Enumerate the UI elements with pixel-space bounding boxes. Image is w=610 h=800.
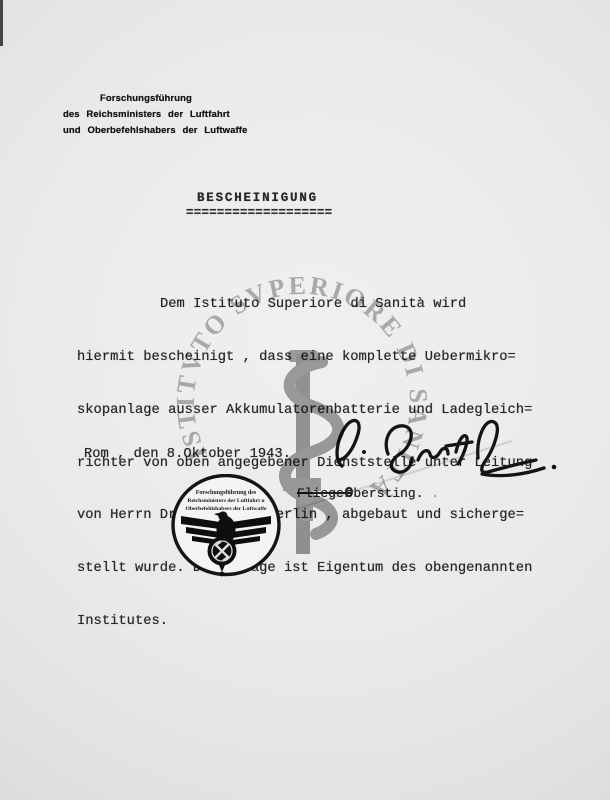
- letterhead-line-3: und Oberbefehlshabers der Luftwaffe: [63, 123, 247, 139]
- rank-initial: O: [345, 486, 354, 502]
- body-line: Dem Istituto Superiore di Sanità wird: [77, 296, 547, 314]
- body-line: stellt wurde. Die Anlage ist Eigentum de…: [77, 560, 547, 578]
- rank-line: FliegerObersting. .: [297, 486, 439, 502]
- stamp-text-line-1: Forschungsführung des: [196, 490, 257, 496]
- body-line: Institutes.: [77, 613, 547, 631]
- title-underline: ===================: [186, 206, 332, 220]
- official-round-stamp: Forschungsführung des Reichsministers de…: [170, 474, 282, 578]
- body-line: von Herrn Dr. Müller , Berlin , abgebaut…: [77, 507, 547, 525]
- document-photo: Forschungsführung des Reichsministers de…: [0, 0, 610, 800]
- photo-edge-artifact: [0, 0, 3, 46]
- stamp-text-line-3: Oberbefehlshabers der Luftwaffe: [185, 506, 267, 512]
- dateline: Rom , den 8.Oktober 1943.: [84, 447, 291, 462]
- rank-rest: bersting.: [353, 486, 423, 501]
- letterhead-line-2: des Reichsministers der Luftfahrt: [63, 107, 247, 123]
- document-title: BESCHEINIGUNG: [197, 191, 318, 205]
- rank-faint-dot: .: [431, 486, 439, 501]
- letterhead-line-1: Forschungsführung: [63, 91, 247, 107]
- letterhead: Forschungsführung des Reichsministers de…: [63, 91, 247, 139]
- stamp-text-line-2: Reichsministers der Luftfahrt u: [187, 498, 265, 504]
- body-line: hiermit bescheinigt , dass eine komplett…: [77, 349, 547, 367]
- handwritten-signature: [326, 410, 570, 482]
